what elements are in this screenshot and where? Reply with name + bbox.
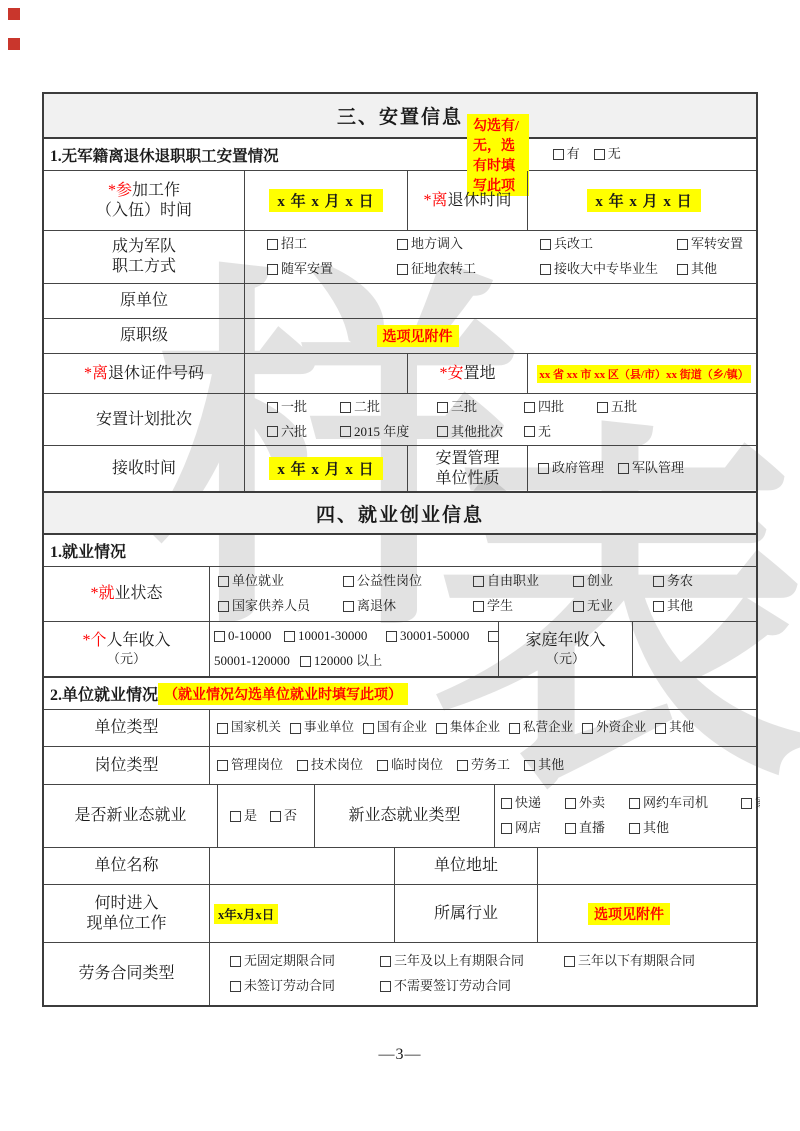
mgmt-unit-nature-label: 安置管理 单位性质 [407, 446, 527, 491]
checkbox-icon[interactable] [436, 723, 447, 734]
date-placeholder[interactable]: x 年 x 月 x 日 [269, 457, 382, 480]
checkbox-group[interactable]: 一批二批三批四批五批 [245, 395, 760, 420]
checkbox-option[interactable]: 三批 [437, 395, 477, 420]
checkbox-option[interactable]: 一批 [267, 395, 307, 420]
checkbox-option[interactable]: 无 [594, 142, 621, 167]
checkbox-group[interactable]: 管理岗位技术岗位临时岗位劳务工其他 [210, 753, 760, 778]
mgmt-unit-nature-options: 政府管理军队管理 [527, 446, 760, 491]
checkbox-label: 不需要签订劳动合同 [394, 974, 511, 999]
checkbox-option[interactable]: 二批 [340, 395, 380, 420]
checkbox-icon[interactable] [343, 601, 354, 612]
checkbox-label: 随军安置 [281, 257, 333, 282]
row-original-unit: 原单位 [44, 283, 756, 318]
checkbox-icon[interactable] [377, 760, 388, 771]
row-personal-income: *个人年收入 （元） 0-1000010001-3000030001-50000… [44, 621, 756, 676]
checkbox-label: 接收大中专毕业生 [554, 257, 658, 282]
checkbox-option[interactable]: 其他 [653, 594, 693, 619]
section3-title-row: 三、安置信息 [44, 94, 756, 137]
checkbox-label: 2015 年度 [354, 420, 409, 445]
row-unit-employment-subheader: 2.单位就业情况（就业情况勾选单位就业时填写此项） [44, 676, 756, 709]
checkbox-icon[interactable] [380, 956, 391, 967]
checkbox-label: 无固定期限合同 [244, 949, 335, 974]
row-unit-type: 单位类型 国家机关事业单位国有企业集体企业私营企业外资企业其他 [44, 709, 756, 746]
checkbox-icon[interactable] [573, 601, 584, 612]
checkbox-label: 管理岗位 [231, 753, 283, 778]
checkbox-group[interactable]: 六批2015 年度其他批次无 [245, 420, 760, 445]
checkbox-label: 0-10000 [228, 624, 271, 649]
original-rank-label: 原职级 [44, 319, 244, 353]
unit-type-options: 国家机关事业单位国有企业集体企业私营企业外资企业其他 [209, 710, 760, 746]
row-unit-name: 单位名称 单位地址 [44, 847, 756, 884]
labor-contract-options: 无固定期限合同三年及以上有期限合同三年以下有期限合同 未签订劳动合同不需要签订劳… [209, 943, 760, 1005]
checkbox-label: 10001-30000 [298, 624, 367, 649]
checkbox-icon[interactable] [267, 239, 278, 250]
checkbox-icon[interactable] [214, 631, 225, 642]
checkbox-option[interactable]: 三年及以上有期限合同 [380, 949, 524, 974]
row-employment-status: *就业状态 单位就业公益性岗位自由职业创业务农 国家供养人员离退休学生无业其他 [44, 566, 756, 621]
checkbox-label: 其他 [538, 753, 564, 778]
checkbox-icon[interactable] [473, 576, 484, 587]
checkbox-option[interactable]: 离退休 [343, 594, 396, 619]
checkbox-option[interactable]: 网店 [501, 816, 541, 841]
new-economy-type-label: 新业态就业类型 [314, 785, 494, 847]
checkbox-label: 网约车司机 [643, 791, 708, 816]
checkbox-option[interactable]: 兵改工 [540, 232, 593, 257]
row-post-type: 岗位类型 管理岗位技术岗位临时岗位劳务工其他 [44, 746, 756, 784]
checkbox-label: 劳务工 [471, 753, 510, 778]
checkbox-option[interactable]: 集体企业 [436, 716, 500, 740]
placement-place-label: *安置地 [407, 354, 527, 393]
checkbox-icon[interactable] [565, 823, 576, 834]
checkbox-option[interactable]: 其他 [655, 716, 694, 740]
red-square-mark [8, 8, 20, 20]
checkbox-option[interactable]: 自由职业 [473, 569, 539, 594]
checkbox-label: 五批 [611, 395, 637, 420]
checkbox-option[interactable]: 否 [270, 804, 297, 829]
checkbox-icon[interactable] [397, 264, 408, 275]
row-army-worker-way: 成为军队 职工方式 招工地方调入兵改工军转安置 随军安置征地农转工接收大中专毕业… [44, 230, 756, 283]
checkbox-icon[interactable] [267, 426, 278, 437]
placement-place-value[interactable]: xx 省 xx 市 xx 区（县/市）xx 街道（乡/镇） [527, 354, 760, 393]
checkbox-label: 国有企业 [377, 716, 427, 740]
checkbox-icon[interactable] [380, 981, 391, 992]
checkbox-icon[interactable] [538, 463, 549, 474]
receive-time-label: 接收时间 [44, 446, 244, 491]
checkbox-label: 其他 [669, 716, 694, 740]
new-economy-type-options: 快递外卖网约车司机家政服务 网店直播其他 [494, 785, 760, 847]
checkbox-option[interactable]: 其他 [629, 816, 669, 841]
checkbox-option[interactable]: 军转安置 [677, 232, 743, 257]
checkbox-option[interactable]: 管理岗位 [217, 753, 283, 778]
checkbox-group[interactable]: 政府管理军队管理 [528, 456, 760, 481]
entry-time-value[interactable]: x年x月x日 [209, 885, 394, 942]
checkbox-option[interactable]: 家政服务 [741, 791, 760, 816]
checkbox-label: 三年以下有期限合同 [578, 949, 695, 974]
row-resettlement-intro: 1.无军籍离退休退职职工安置情况 勾选有/无，选有时填写此项 有无 [44, 137, 756, 170]
checkbox-option[interactable]: 政府管理 [538, 456, 604, 481]
checkbox-icon[interactable] [290, 723, 301, 734]
row-placement-batch: 安置计划批次 一批二批三批四批五批 六批2015 年度其他批次无 [44, 393, 756, 445]
checkbox-label: 技术岗位 [311, 753, 363, 778]
checkbox-label: 家政服务 [755, 791, 760, 816]
checkbox-icon[interactable] [437, 402, 448, 413]
checkbox-option[interactable]: 六批 [267, 420, 307, 445]
checkbox-icon[interactable] [573, 576, 584, 587]
checkbox-icon[interactable] [564, 956, 575, 967]
entry-time-label: 何时进入 现单位工作 [44, 885, 209, 942]
checkbox-icon[interactable] [618, 463, 629, 474]
checkbox-label: 国家机关 [231, 716, 281, 740]
checkbox-icon[interactable] [501, 823, 512, 834]
checkbox-group[interactable]: 未签订劳动合同不需要签订劳动合同 [210, 974, 760, 999]
retire-time-label: *离退休时间 [407, 171, 527, 230]
checkbox-icon[interactable] [473, 601, 484, 612]
unit-employment-subheader-label: 2.单位就业情况 [50, 682, 158, 705]
checkbox-option[interactable]: 有 [553, 142, 580, 167]
checkbox-option[interactable]: 2015 年度 [340, 420, 409, 445]
checkbox-option[interactable]: 其他批次 [437, 420, 503, 445]
checkbox-option[interactable]: 务农 [653, 569, 693, 594]
checkbox-icon[interactable] [524, 426, 535, 437]
checkbox-label: 公益性岗位 [357, 569, 422, 594]
checkbox-icon[interactable] [540, 239, 551, 250]
checkbox-label: 四批 [538, 395, 564, 420]
checkbox-option[interactable]: 快递 [501, 791, 541, 816]
checkbox-option[interactable]: 五批 [597, 395, 637, 420]
checkbox-label: 直播 [579, 816, 605, 841]
checkbox-option[interactable]: 三年以下有期限合同 [564, 949, 695, 974]
checkbox-group[interactable]: 快递外卖网约车司机家政服务 [495, 791, 760, 816]
checkbox-label: 未签订劳动合同 [244, 974, 335, 999]
resettlement-intro-label: 1.无军籍离退休退职职工安置情况 [44, 144, 464, 166]
checkbox-label: 事业单位 [304, 716, 354, 740]
checkbox-option[interactable]: 直播 [565, 816, 605, 841]
industry-value[interactable]: 选项见附件 [537, 885, 760, 942]
retire-cert-label: *离退休证件号码 [44, 354, 244, 393]
checkbox-icon[interactable] [267, 264, 278, 275]
checkbox-label: 否 [284, 804, 297, 829]
checkbox-option[interactable]: 国家供养人员 [218, 594, 310, 619]
checkbox-icon[interactable] [397, 239, 408, 250]
industry-label: 所属行业 [394, 885, 537, 942]
work-start-time-label: *参加工作 （入伍）时间 [44, 171, 244, 230]
date-placeholder[interactable]: x 年 x 月 x 日 [269, 189, 382, 212]
checkbox-icon[interactable] [582, 723, 593, 734]
checkbox-icon[interactable] [540, 264, 551, 275]
receive-time-value[interactable]: x 年 x 月 x 日 [244, 446, 407, 491]
checkbox-option[interactable]: 无业 [573, 594, 613, 619]
checkbox-option[interactable]: 国有企业 [363, 716, 427, 740]
checkbox-icon[interactable] [343, 576, 354, 587]
checkbox-icon[interactable] [488, 631, 498, 642]
checkbox-label: 集体企业 [450, 716, 500, 740]
checkbox-icon[interactable] [594, 149, 605, 160]
checkbox-icon[interactable] [653, 576, 664, 587]
checkbox-icon[interactable] [509, 723, 520, 734]
form-table: 三、安置信息 1.无军籍离退休退职职工安置情况 勾选有/无，选有时填写此项 有无… [42, 92, 758, 1007]
checkbox-icon[interactable] [217, 723, 228, 734]
checkbox-icon[interactable] [553, 149, 564, 160]
page-number: —3— [0, 1046, 800, 1064]
row-work-start-time: *参加工作 （入伍）时间 x 年 x 月 x 日 *离退休时间 x 年 x 月 … [44, 170, 756, 230]
checkbox-label: 自由职业 [487, 569, 539, 594]
labor-contract-label: 劳务合同类型 [44, 943, 209, 1005]
checkbox-label: 务农 [667, 569, 693, 594]
checkbox-label: 一批 [281, 395, 307, 420]
have-none-options[interactable]: 有无 [543, 142, 756, 167]
row-retire-cert-number: *离退休证件号码 *安置地 xx 省 xx 市 xx 区（县/市）xx 街道（乡… [44, 353, 756, 393]
checkbox-label: 政府管理 [552, 456, 604, 481]
checkbox-option[interactable]: 其他 [677, 257, 717, 282]
original-unit-value[interactable] [244, 284, 760, 318]
row-original-rank: 原职级 选项见附件 [44, 318, 756, 353]
checkbox-label: 六批 [281, 420, 307, 445]
checkbox-icon[interactable] [629, 823, 640, 834]
checkbox-option[interactable]: 外卖 [565, 791, 605, 816]
checkbox-label: 临时岗位 [391, 753, 443, 778]
checkbox-group[interactable]: 单位就业公益性岗位自由职业创业务农 [210, 569, 760, 594]
checkbox-icon[interactable] [218, 601, 229, 612]
checkbox-icon[interactable] [363, 723, 374, 734]
checkbox-icon[interactable] [597, 402, 608, 413]
checkbox-option[interactable]: 无 [524, 420, 551, 445]
checkbox-label: 30001-50000 [400, 624, 469, 649]
post-type-options: 管理岗位技术岗位临时岗位劳务工其他 [209, 747, 760, 784]
checkbox-option[interactable]: 国家机关 [217, 716, 281, 740]
section4-title: 四、就业创业信息 [316, 500, 484, 527]
checkbox-icon[interactable] [218, 576, 229, 587]
checkbox-option[interactable]: 不需要签订劳动合同 [380, 974, 511, 999]
checkbox-icon[interactable] [297, 760, 308, 771]
checkbox-group[interactable]: 0-1000010001-3000030001-50000 [214, 624, 488, 649]
row-entry-time: 何时进入 现单位工作 x年x月x日 所属行业 选项见附件 [44, 884, 756, 942]
checkbox-label: 其他 [691, 257, 717, 282]
checkbox-option[interactable]: 征地农转工 [397, 257, 476, 282]
original-unit-label: 原单位 [44, 284, 244, 318]
checkbox-option[interactable]: 公益性岗位 [343, 569, 422, 594]
unit-name-value[interactable] [209, 848, 394, 884]
checkbox-option[interactable]: 技术岗位 [297, 753, 363, 778]
work-start-time-value[interactable]: x 年 x 月 x 日 [244, 171, 407, 230]
checkbox-label: 快递 [515, 791, 541, 816]
checkbox-option[interactable]: 10001-30000 [284, 624, 367, 649]
checkbox-option[interactable]: 接收大中专毕业生 [540, 257, 658, 282]
checkbox-icon[interactable] [565, 798, 576, 809]
checkbox-label: 二批 [354, 395, 380, 420]
checkbox-option[interactable]: 事业单位 [290, 716, 354, 740]
checkbox-option[interactable]: 120000 以上 [300, 649, 382, 674]
unit-name-label: 单位名称 [44, 848, 209, 884]
date-placeholder[interactable]: x年x月x日 [214, 904, 278, 924]
checkbox-label: 其他批次 [451, 420, 503, 445]
checkbox-icon[interactable] [437, 426, 448, 437]
army-worker-way-label: 成为军队 职工方式 [44, 231, 244, 283]
checkbox-icon[interactable] [524, 402, 535, 413]
checkbox-icon[interactable] [653, 601, 664, 612]
checkbox-label: 军转安置 [691, 232, 743, 257]
checkbox-label: 单位就业 [232, 569, 284, 594]
checkbox-option[interactable]: 学生 [473, 594, 513, 619]
row-new-economy: 是否新业态就业 是否 新业态就业类型 快递外卖网约车司机家政服务 网店直播其他 [44, 784, 756, 847]
checkbox-icon[interactable] [230, 811, 241, 822]
checkbox-label: 有 [567, 142, 580, 167]
employment-subheader-label: 1.就业情况 [50, 539, 126, 562]
checkbox-label: 三批 [451, 395, 477, 420]
checkbox-icon[interactable] [629, 798, 640, 809]
row-receive-time: 接收时间 x 年 x 月 x 日 安置管理 单位性质 政府管理军队管理 [44, 445, 756, 491]
checkbox-label: 国家供养人员 [232, 594, 310, 619]
retire-cert-value[interactable] [244, 354, 407, 393]
checkbox-label: 其他 [643, 816, 669, 841]
checkbox-label: 学生 [487, 594, 513, 619]
unit-address-value[interactable] [537, 848, 760, 884]
checkbox-option[interactable]: 0-10000 [214, 624, 271, 649]
checkbox-option[interactable]: 劳务工 [457, 753, 510, 778]
checkbox-group[interactable]: 国家机关事业单位国有企业集体企业私营企业外资企业其他 [210, 716, 760, 740]
checkbox-label: 军队管理 [632, 456, 684, 481]
checkbox-label: 离退休 [357, 594, 396, 619]
unit-address-label: 单位地址 [394, 848, 537, 884]
checkbox-label: 兵改工 [554, 232, 593, 257]
checkbox-icon[interactable] [386, 631, 397, 642]
personal-income-label: *个人年收入 （元） [44, 622, 209, 676]
row-labor-contract: 劳务合同类型 无固定期限合同三年及以上有期限合同三年以下有期限合同 未签订劳动合… [44, 942, 756, 1005]
checkbox-label: 私营企业 [523, 716, 573, 740]
checkbox-option[interactable]: 其他 [524, 753, 564, 778]
checkbox-group[interactable]: 招工地方调入兵改工军转安置 [245, 232, 760, 257]
checkbox-label: 120000 以上 [314, 649, 382, 674]
checkbox-option[interactable]: 地方调入 [397, 232, 463, 257]
checkbox-option[interactable]: 创业 [573, 569, 613, 594]
checkbox-option[interactable]: 无固定期限合同 [230, 949, 335, 974]
income-wrap-label: 50001-120000 [214, 653, 290, 669]
checkbox-option[interactable]: 单位就业 [218, 569, 284, 594]
post-type-label: 岗位类型 [44, 747, 209, 784]
new-economy-yesno: 是否 [217, 785, 314, 847]
checkbox-label: 外资企业 [596, 716, 646, 740]
checkbox-label: 征地农转工 [411, 257, 476, 282]
checkbox-option[interactable]: 私营企业 [509, 716, 573, 740]
personal-income-options: 0-1000010001-3000030001-50000 50001-1200… [209, 622, 498, 676]
checkbox-label: 创业 [587, 569, 613, 594]
checkbox-label: 地方调入 [411, 232, 463, 257]
checkbox-icon[interactable] [655, 723, 666, 734]
checkbox-label: 是 [244, 804, 257, 829]
row-employment-subheader: 1.就业情况 [44, 533, 756, 566]
checkbox-option[interactable]: 四批 [524, 395, 564, 420]
date-placeholder[interactable]: x 年 x 月 x 日 [587, 189, 700, 212]
checkbox-group[interactable]: 120000 以上 [300, 649, 382, 674]
checkbox-group[interactable]: 国家供养人员离退休学生无业其他 [210, 594, 760, 619]
checkbox-icon[interactable] [457, 760, 468, 771]
address-placeholder[interactable]: xx 省 xx 市 xx 区（县/市）xx 街道（乡/镇） [537, 365, 751, 383]
family-income-label: 家庭年收入 （元） [498, 622, 632, 676]
checkbox-icon[interactable] [230, 956, 241, 967]
checkbox-label: 网店 [515, 816, 541, 841]
checkbox-icon[interactable] [270, 811, 281, 822]
checkbox-icon[interactable] [741, 798, 752, 809]
checkbox-icon[interactable] [340, 402, 351, 413]
checkbox-group[interactable]: 网店直播其他 [495, 816, 760, 841]
checkbox-icon[interactable] [340, 426, 351, 437]
checkbox-icon[interactable] [501, 798, 512, 809]
checkbox-group[interactable]: 随军安置征地农转工接收大中专毕业生其他 [245, 257, 760, 282]
new-economy-label: 是否新业态就业 [44, 785, 217, 847]
family-income-value[interactable] [632, 622, 760, 676]
checkbox-icon[interactable] [300, 656, 311, 667]
checkbox-option[interactable]: 30001-50000 [386, 624, 469, 649]
checkbox-label: 无 [538, 420, 551, 445]
unit-type-label: 单位类型 [44, 710, 209, 746]
see-attachment-note: 选项见附件 [588, 903, 670, 925]
employment-status-label: *就业状态 [44, 567, 209, 621]
employment-status-options: 单位就业公益性岗位自由职业创业务农 国家供养人员离退休学生无业其他 [209, 567, 760, 621]
checkbox-group[interactable]: 无固定期限合同三年及以上有期限合同三年以下有期限合同 [210, 949, 760, 974]
checkbox-option[interactable]: 军队管理 [618, 456, 684, 481]
checkbox-icon[interactable] [524, 760, 535, 771]
army-worker-way-options: 招工地方调入兵改工军转安置 随军安置征地农转工接收大中专毕业生其他 [244, 231, 760, 283]
fill-hint-note: （就业情况勾选单位就业时填写此项） [158, 683, 408, 705]
retire-time-value[interactable]: x 年 x 月 x 日 [527, 171, 760, 230]
checkbox-icon[interactable] [284, 631, 295, 642]
checkbox-label: 无业 [587, 594, 613, 619]
checkbox-option[interactable]: 临时岗位 [377, 753, 443, 778]
checkbox-option[interactable]: 随军安置 [267, 257, 333, 282]
see-attachment-note: 选项见附件 [377, 325, 459, 347]
checkbox-option[interactable]: 招工 [267, 232, 307, 257]
checkbox-label: 其他 [667, 594, 693, 619]
checkbox-icon[interactable] [230, 981, 241, 992]
placement-batch-label: 安置计划批次 [44, 394, 244, 445]
checkbox-option[interactable]: 网约车司机 [629, 791, 708, 816]
checkbox-label: 外卖 [579, 791, 605, 816]
checkbox-label: 无 [608, 142, 621, 167]
checkbox-label: 招工 [281, 232, 307, 257]
checkbox-group[interactable]: 是否 [218, 804, 314, 829]
checkbox-icon[interactable] [677, 239, 688, 250]
checkbox-icon[interactable] [217, 760, 228, 771]
section3-title: 三、安置信息 [337, 102, 463, 129]
form-page: 样 表 三、安置信息 1.无军籍离退休退职职工安置情况 勾选有/无，选有时填写此… [0, 0, 800, 1131]
checkbox-icon[interactable] [677, 264, 688, 275]
section4-title-row: 四、就业创业信息 [44, 491, 756, 533]
checkbox-icon[interactable] [267, 402, 278, 413]
red-square-mark [8, 38, 20, 50]
original-rank-value[interactable]: 选项见附件 [244, 319, 760, 353]
checkbox-option[interactable]: 未签订劳动合同 [230, 974, 335, 999]
placement-batch-options: 一批二批三批四批五批 六批2015 年度其他批次无 [244, 394, 760, 445]
checkbox-option[interactable]: 是 [230, 804, 257, 829]
checkbox-label: 三年及以上有期限合同 [394, 949, 524, 974]
checkbox-option[interactable]: 外资企业 [582, 716, 646, 740]
